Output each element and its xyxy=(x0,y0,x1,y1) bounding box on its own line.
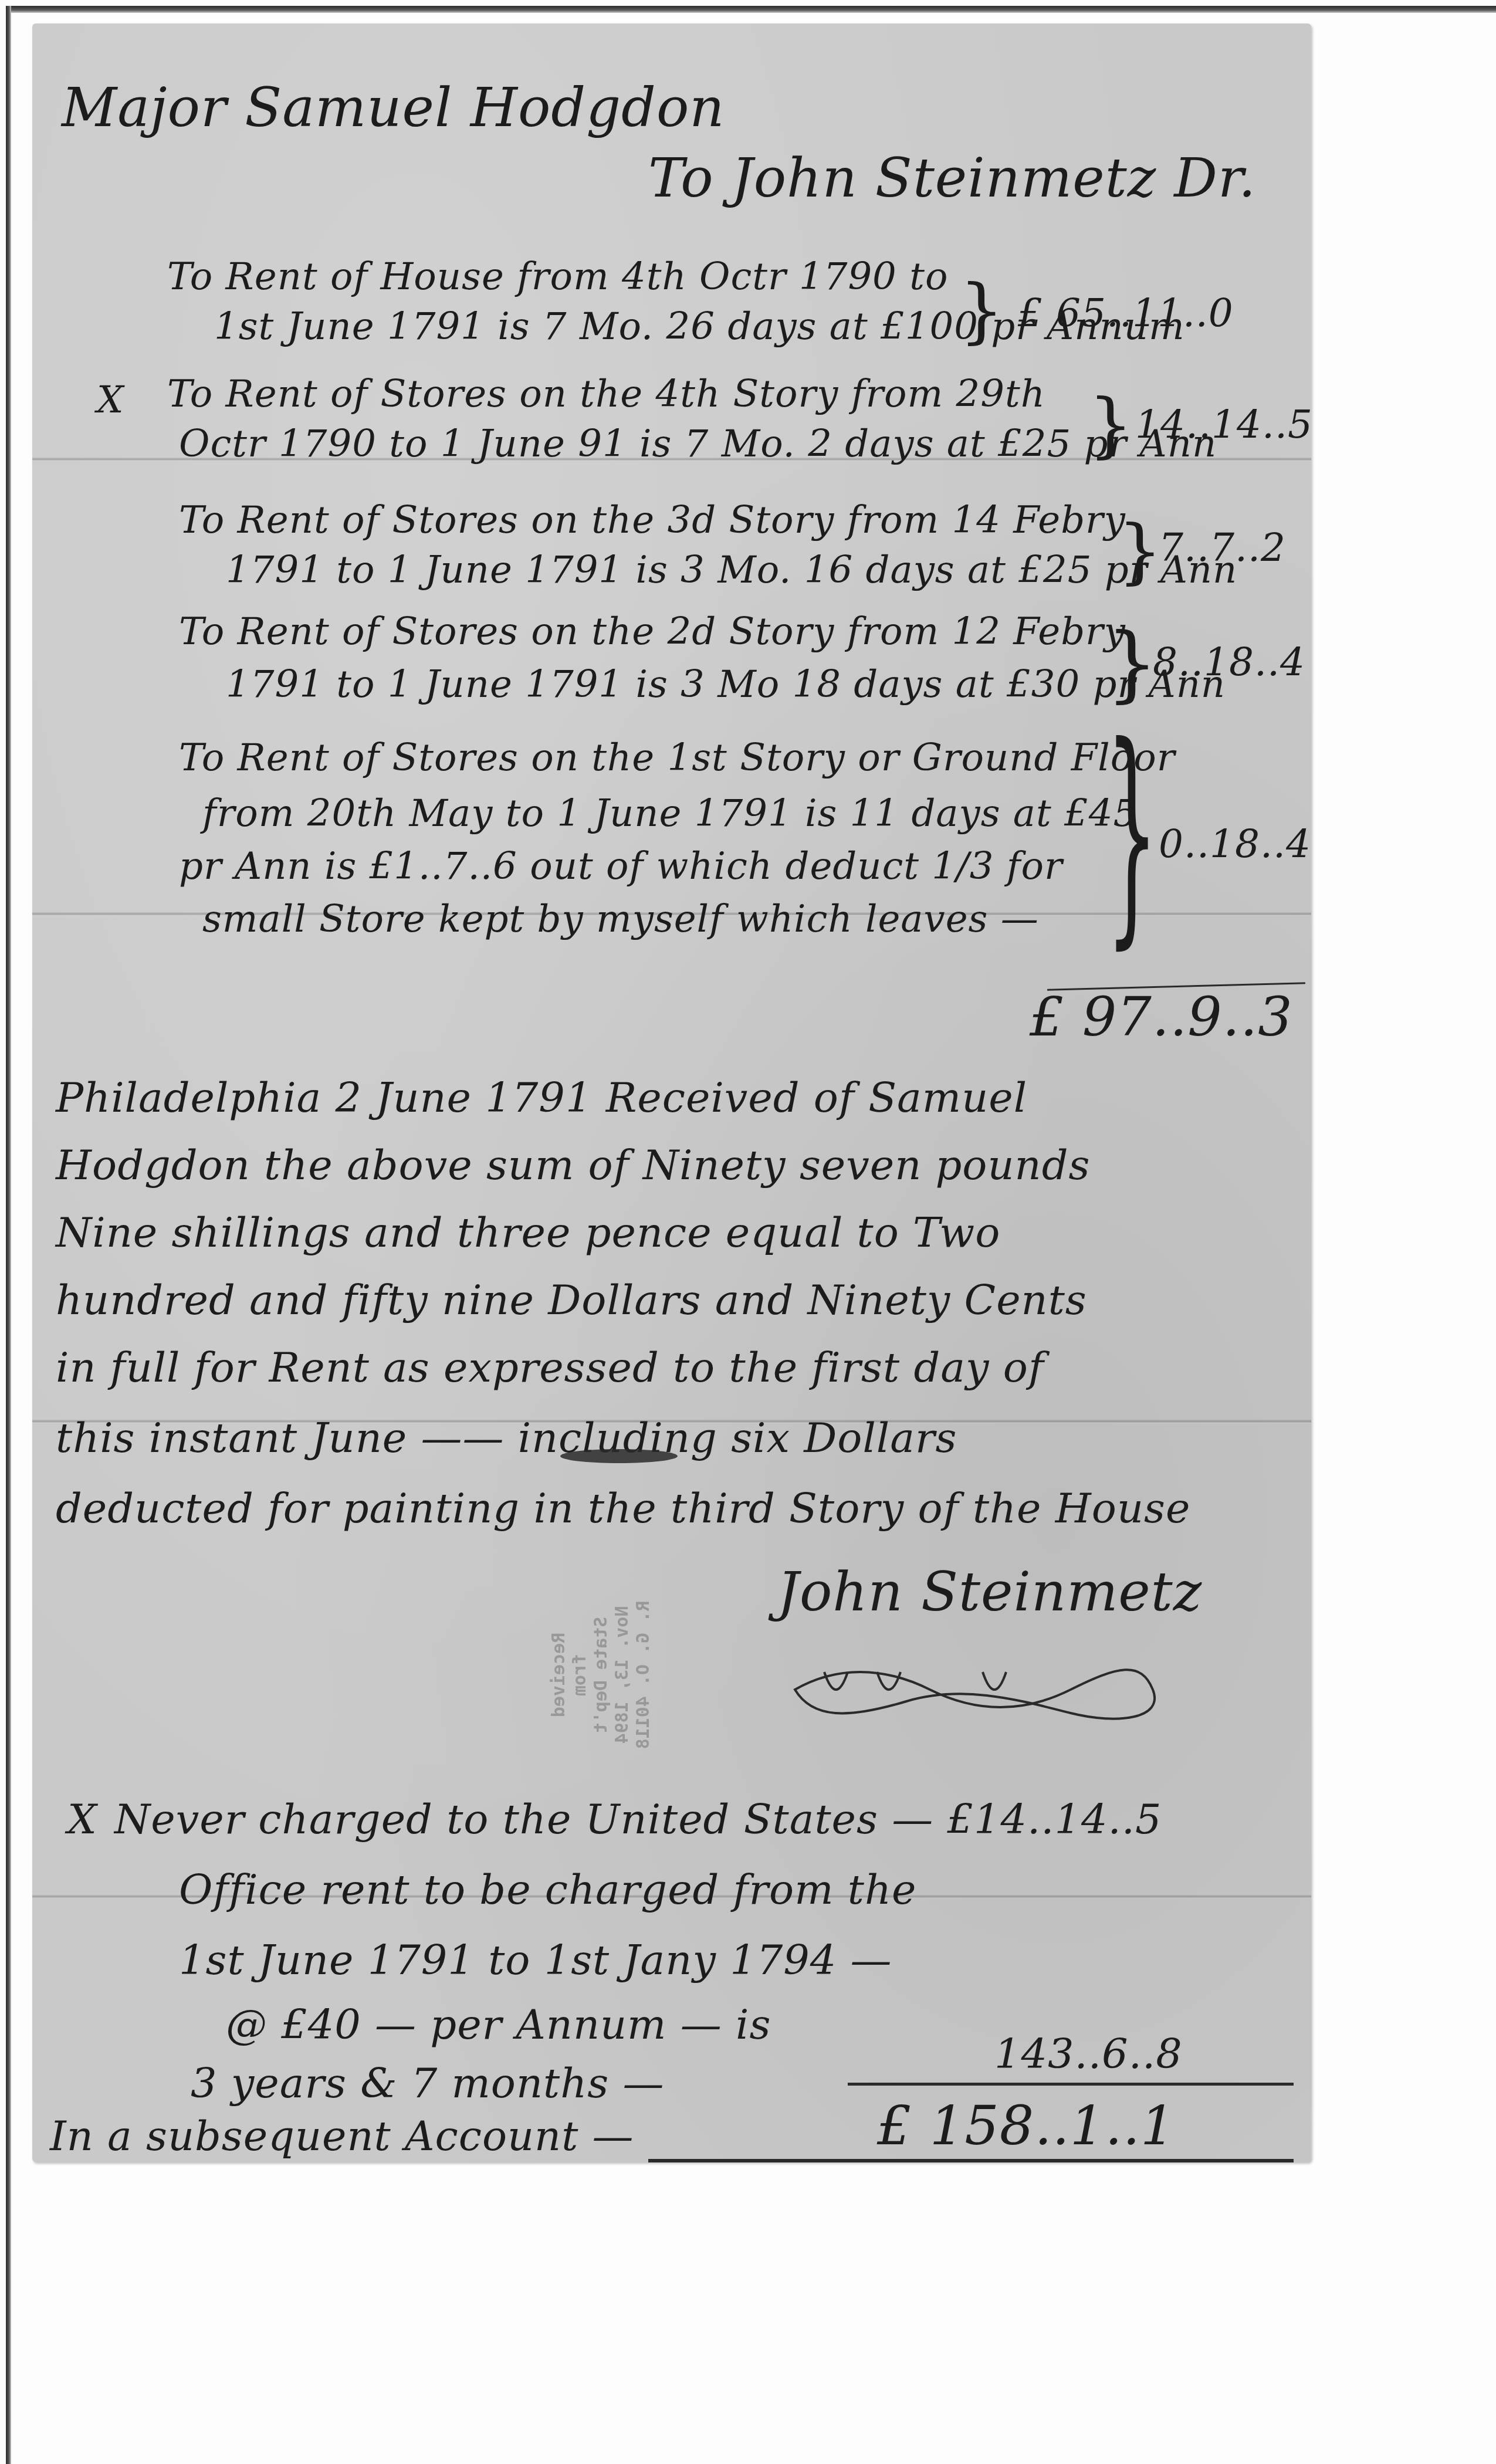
entry-amount: 7..7..2 xyxy=(1159,525,1286,570)
debtor-heading: Major Samuel Hodgdon xyxy=(62,76,725,139)
entry-amount: 0..18..4 xyxy=(1159,821,1311,867)
note-line: @ £40 — per Annum — is xyxy=(226,2001,771,2049)
receipt-line: Hodgdon the above sum of Ninety seven po… xyxy=(56,1141,1090,1189)
received-stamp: Received from State Dep't Nov. 13, 1894 … xyxy=(528,1625,675,1725)
stamp-line: Nov. 13, 1894 xyxy=(612,1606,633,1744)
entry-line: from 20th May to 1 June 1791 is 11 days … xyxy=(202,792,1138,835)
brace-icon: } xyxy=(959,270,1004,351)
entry-line: 1791 to 1 June 1791 is 3 Mo 18 days at £… xyxy=(226,663,1226,706)
brace-icon: } xyxy=(1088,384,1133,466)
entry-line: To Rent of Stores on the 2d Story from 1… xyxy=(179,610,1126,654)
receipt-line: deducted for painting in the third Story… xyxy=(56,1484,1190,1532)
note-line: Never charged to the United States — £14… xyxy=(114,1795,1162,1843)
entry-line: 1791 to 1 June 1791 is 3 Mo. 16 days at … xyxy=(226,549,1237,592)
brace-icon: } xyxy=(1106,716,1158,950)
entry-amount: 8..18..4 xyxy=(1153,639,1305,685)
double-rule xyxy=(648,2159,1294,2162)
brace-icon: } xyxy=(1118,510,1162,592)
note-amount: 143..6..8 xyxy=(994,2030,1183,2078)
entry-amount: £ 65..11..0 xyxy=(1018,290,1234,336)
entry-line: To Rent of Stores on the 4th Story from … xyxy=(167,373,1045,416)
entry-line: To Rent of Stores on the 3d Story from 1… xyxy=(179,499,1126,542)
entry-line: To Rent of House from 4th Octr 1790 to xyxy=(167,255,948,299)
entry-line: small Store kept by myself which leaves … xyxy=(202,898,1039,941)
entry-line: To Rent of Stores on the 1st Story or Gr… xyxy=(179,736,1175,780)
entry-line: pr Ann is £1..7..6 out of which deduct 1… xyxy=(179,845,1063,888)
signature-flourish-icon xyxy=(789,1649,1165,1731)
receipt-line: in full for Rent as expressed to the fir… xyxy=(56,1343,1044,1392)
note-line: 3 years & 7 months — xyxy=(191,2059,664,2107)
note-line: Office rent to be charged from the xyxy=(179,1866,916,1914)
note-line: 1st June 1791 to 1st Jany 1794 — xyxy=(179,1936,892,1984)
entry-amount: 14..14..5 xyxy=(1135,402,1313,447)
signature: John Steinmetz xyxy=(777,1561,1202,1623)
note-marker: X xyxy=(67,1795,97,1843)
document-page: Major Samuel Hodgdon To John Steinmetz D… xyxy=(32,23,1311,2162)
stamp-line: R. G. O. 40118 xyxy=(633,1601,654,1749)
sum-rule xyxy=(848,2083,1294,2086)
receipt-line: Philadelphia 2 June 1791 Received of Sam… xyxy=(56,1074,1027,1122)
total-amount: £ 97..9..3 xyxy=(1030,986,1293,1048)
note-total: £ 158..1..1 xyxy=(877,2094,1175,2157)
receipt-line: hundred and fifty nine Dollars and Ninet… xyxy=(56,1276,1087,1324)
scan-frame-left xyxy=(6,6,11,2464)
receipt-line: this instant June —— including six Dolla… xyxy=(56,1414,957,1462)
entry-marker: X xyxy=(97,378,124,422)
stamp-line: Received xyxy=(549,1633,570,1718)
scan-frame-top xyxy=(6,6,1496,13)
creditor-heading: To John Steinmetz Dr. xyxy=(648,147,1256,209)
stamp-line: from xyxy=(570,1654,591,1696)
stamp-line: State Dep't xyxy=(591,1617,612,1734)
receipt-line: Nine shillings and three pence equal to … xyxy=(56,1209,1000,1257)
ink-blot xyxy=(560,1449,678,1463)
note-line: In a subsequent Account — xyxy=(50,2112,634,2160)
entry-line: Octr 1790 to 1 June 91 is 7 Mo. 2 days a… xyxy=(179,422,1217,466)
